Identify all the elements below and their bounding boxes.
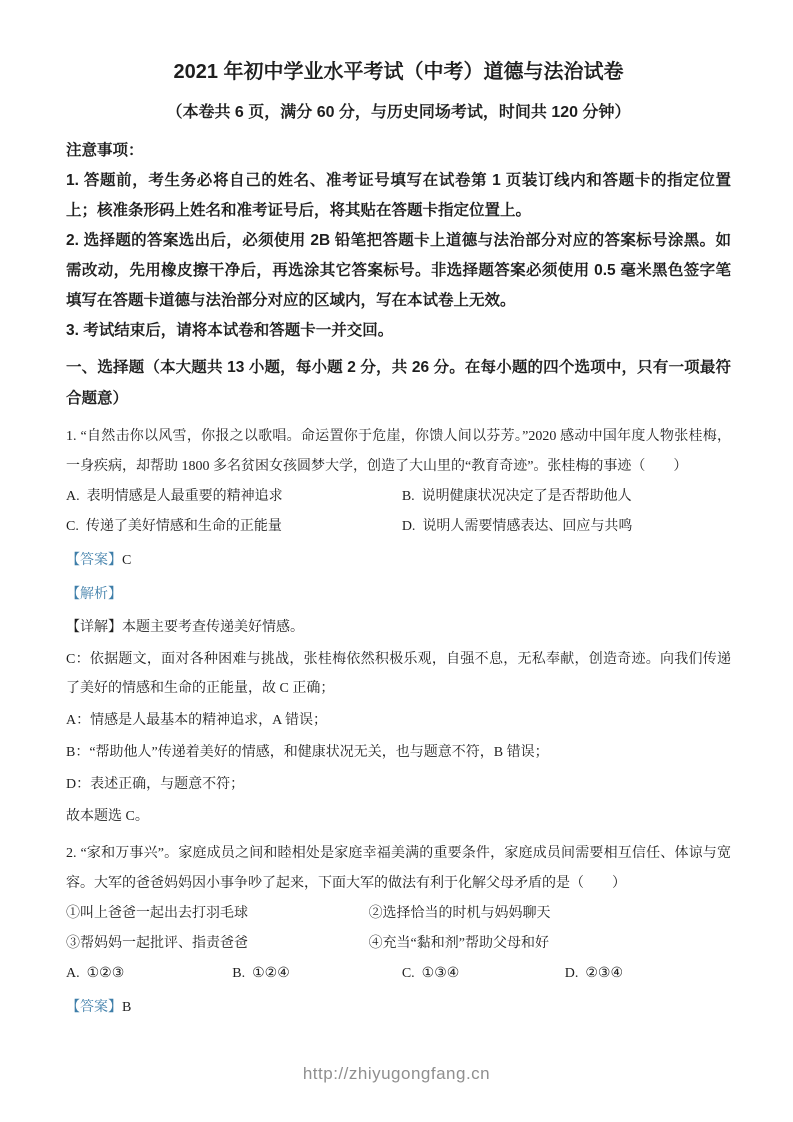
answer-label: 【答案】: [66, 1000, 122, 1015]
question-1-detail-c: C：依据题文，面对各种困难与挑战，张桂梅依然积极乐观，自强不息，无私奉献，创造奇…: [66, 645, 731, 703]
question-1-option-b: B.说明健康状况决定了是否帮助他人: [402, 482, 731, 512]
page-title: 2021 年初中学业水平考试（中考）道德与法治试卷: [66, 58, 731, 86]
notes-heading: 注意事项：: [66, 136, 731, 166]
analysis-label: 【解析】: [66, 587, 122, 602]
footer-watermark-url: http://zhiyugongfang.cn: [0, 1064, 793, 1084]
option-d-label: D.: [565, 966, 579, 981]
question-1-number: 1.: [66, 429, 77, 444]
question-1-detail-intro: 【详解】本题主要考查传递美好情感。: [66, 613, 731, 642]
option-b-label: B.: [232, 966, 245, 981]
section-heading: 一、选择题（本大题共 13 小题，每小题 2 分，共 26 分。在每小题的四个选…: [66, 352, 731, 414]
question-1-answer: 【答案】C: [66, 546, 731, 576]
question-2-option-d: D.②③④: [565, 959, 731, 989]
question-2-stem-text: “家和万事兴”。家庭成员之间和睦相处是家庭幸福美满的重要条件，家庭成员间需要相互…: [66, 846, 731, 891]
page-content: 2021 年初中学业水平考试（中考）道德与法治试卷 （本卷共 6 页，满分 60…: [0, 0, 793, 1023]
question-2-subitem-4: ④充当“黏和剂”帮助父母和好: [369, 929, 731, 959]
option-a-label: A.: [66, 489, 80, 504]
option-d-label: D.: [402, 519, 416, 534]
question-1-option-d: D.说明人需要情感表达、回应与共鸣: [402, 512, 731, 542]
question-1-detail-conclusion: 故本题选 C。: [66, 802, 731, 831]
question-1-stem-text: “自然击你以风雪，你报之以歌唱。命运置你于危崖，你馈人间以芬芳。”2020 感动…: [66, 429, 731, 474]
note-item-1: 1. 答题前，考生务必将自己的姓名、准考证号填写在试卷第 1 页装订线内和答题卡…: [66, 166, 731, 226]
option-a-text: ①②③: [87, 966, 125, 981]
question-1: 1.“自然击你以风雪，你报之以歌唱。命运置你于危崖，你馈人间以芬芳。”2020 …: [66, 422, 731, 831]
question-2-subitem-1: ①叫上爸爸一起出去打羽毛球: [66, 899, 369, 929]
option-d-text: 说明人需要情感表达、回应与共鸣: [422, 519, 632, 534]
note-item-3: 3. 考试结束后，请将本试卷和答题卡一并交回。: [66, 316, 731, 346]
answer-label: 【答案】: [66, 553, 122, 568]
question-1-option-a: A.表明情感是人最重要的精神追求: [66, 482, 402, 512]
option-c-label: C.: [66, 519, 79, 534]
question-2-option-c: C.①③④: [402, 959, 565, 989]
question-2-option-a: A.①②③: [66, 959, 232, 989]
option-d-text: ②③④: [585, 966, 623, 981]
option-b-text: 说明健康状况决定了是否帮助他人: [422, 489, 632, 504]
question-2-options: A.①②③ B.①②④ C.①③④ D.②③④: [66, 959, 731, 989]
question-2: 2.“家和万事兴”。家庭成员之间和睦相处是家庭幸福美满的重要条件，家庭成员间需要…: [66, 839, 731, 1023]
answer-value: B: [122, 1000, 131, 1015]
question-2-subitem-3: ③帮妈妈一起批评、指责爸爸: [66, 929, 369, 959]
question-1-analysis-label: 【解析】: [66, 580, 731, 610]
option-b-text: ①②④: [252, 966, 290, 981]
option-c-text: 传递了美好情感和生命的正能量: [86, 519, 282, 534]
option-b-label: B.: [402, 489, 415, 504]
answer-value: C: [122, 553, 131, 568]
question-2-stem: 2.“家和万事兴”。家庭成员之间和睦相处是家庭幸福美满的重要条件，家庭成员间需要…: [66, 839, 731, 899]
question-1-option-c: C.传递了美好情感和生命的正能量: [66, 512, 402, 542]
option-a-text: 表明情感是人最重要的精神追求: [87, 489, 283, 504]
question-1-options: A.表明情感是人最重要的精神追求 B.说明健康状况决定了是否帮助他人 C.传递了…: [66, 482, 731, 542]
question-2-option-b: B.①②④: [232, 959, 402, 989]
question-1-stem: 1.“自然击你以风雪，你报之以歌唱。命运置你于危崖，你馈人间以芬芳。”2020 …: [66, 422, 731, 482]
note-item-2: 2. 选择题的答案选出后，必须使用 2B 铅笔把答题卡上道德与法治部分对应的答案…: [66, 226, 731, 316]
question-2-subitems: ①叫上爸爸一起出去打羽毛球 ②选择恰当的时机与妈妈聊天 ③帮妈妈一起批评、指责爸…: [66, 899, 731, 959]
question-1-detail-d: D：表述正确，与题意不符；: [66, 770, 731, 799]
question-1-detail-b: B：“帮助他人”传递着美好的情感，和健康状况无关，也与题意不符，B 错误；: [66, 738, 731, 767]
question-2-number: 2.: [66, 846, 77, 861]
question-2-answer: 【答案】B: [66, 993, 731, 1023]
question-1-detail-a: A：情感是人最基本的精神追求，A 错误；: [66, 706, 731, 735]
option-c-label: C.: [402, 966, 415, 981]
option-c-text: ①③④: [422, 966, 460, 981]
page-subtitle: （本卷共 6 页，满分 60 分，与历史同场考试，时间共 120 分钟）: [66, 102, 731, 124]
question-2-subitem-2: ②选择恰当的时机与妈妈聊天: [369, 899, 731, 929]
exam-document-page: 2021 年初中学业水平考试（中考）道德与法治试卷 （本卷共 6 页，满分 60…: [0, 0, 793, 1122]
option-a-label: A.: [66, 966, 80, 981]
